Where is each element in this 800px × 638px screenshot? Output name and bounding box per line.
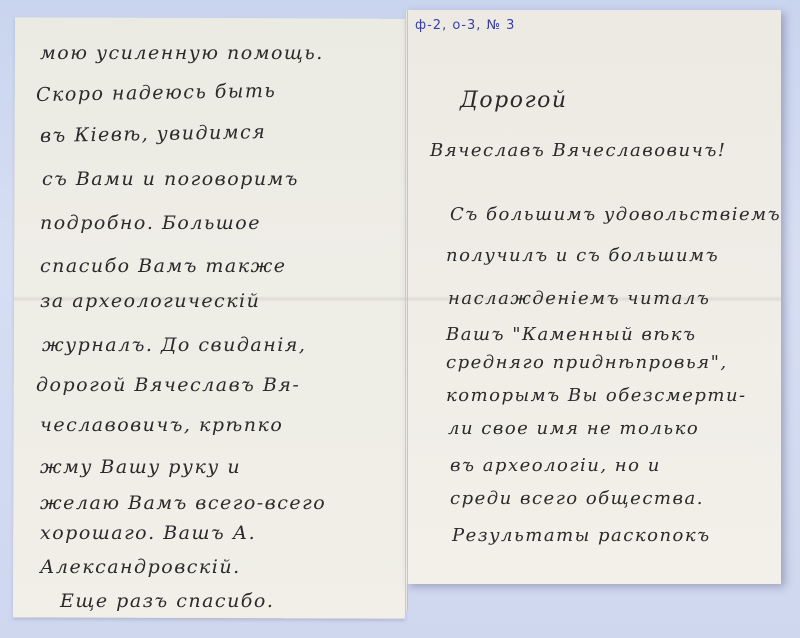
left-line-11: жму Вашу руку и <box>40 456 241 478</box>
left-line-4: съ Вами и поговоримъ <box>42 168 299 190</box>
right-line-7: ли свое имя не только <box>448 418 699 439</box>
right-line-5: средняго приднѣпровья", <box>446 352 728 373</box>
addressee: Вячеславъ Вячеславовичъ! <box>430 140 727 161</box>
left-line-13: хорошаго. Вашъ А. <box>40 522 256 544</box>
left-line-2: Скоро надеюсь быть <box>36 80 277 106</box>
left-line-5: подробно. Большое <box>40 212 261 234</box>
right-line-8: въ археологіи, но и <box>450 455 661 476</box>
letter-photo: ф-2, о-3, № 3 мою усиленную помощь. Скор… <box>0 0 800 638</box>
right-line-1: Съ большимъ удовольствіемъ <box>450 204 781 225</box>
archive-mark: ф-2, о-3, № 3 <box>415 18 515 33</box>
left-line-10: чеславовичъ, крѣпко <box>40 414 283 436</box>
left-line-8: журналъ. До свиданія, <box>42 334 306 356</box>
left-line-12: желаю Вамъ всего-всего <box>40 492 326 514</box>
greeting: Дорогой <box>460 88 568 113</box>
right-line-10: Результаты раскопокъ <box>452 525 711 546</box>
left-line-14: Александровскій. <box>40 556 241 578</box>
fold-crease <box>405 10 408 610</box>
right-line-3: наслажденіемъ читалъ <box>448 288 710 309</box>
left-line-7: за археологическій <box>40 290 260 312</box>
left-line-3: въ Кіевѣ, увидимся <box>40 121 267 147</box>
left-line-15: Еще разъ спасибо. <box>60 590 274 612</box>
left-line-1: мою усиленную помощь. <box>40 42 324 64</box>
right-line-2: получилъ и съ большимъ <box>446 245 719 266</box>
right-line-4: Вашъ "Каменный вѣкъ <box>446 324 697 345</box>
right-line-6: которымъ Вы обезсмерти- <box>446 385 747 406</box>
left-line-9: дорогой Вячеславъ Вя- <box>36 374 300 396</box>
left-line-6: спасибо Вамъ также <box>40 255 286 277</box>
right-line-9: среди всего общества. <box>450 488 704 509</box>
